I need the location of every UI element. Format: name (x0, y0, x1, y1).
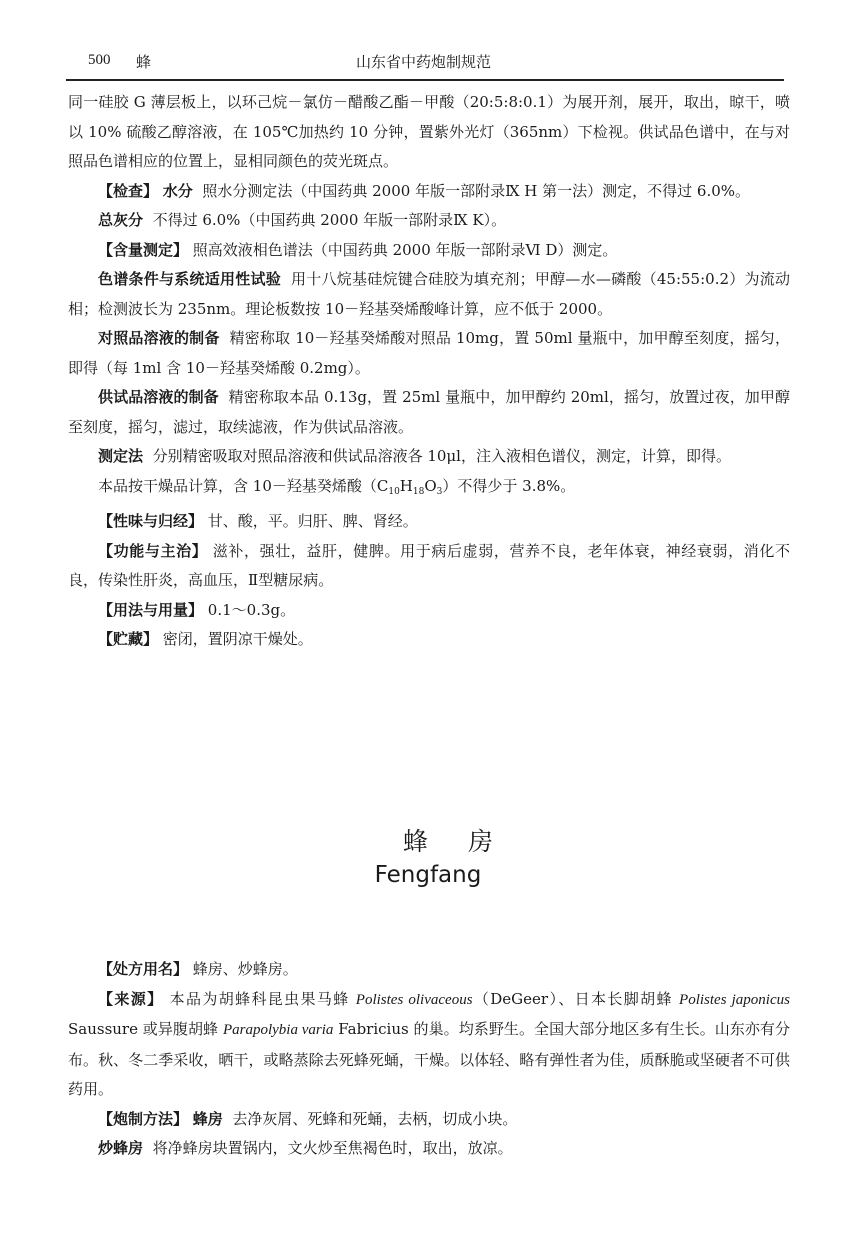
label-test: 供试品溶液的制备 (98, 388, 219, 406)
entry-body: 【处方用名】 蜂房、炒蜂房。 【来源】 本品为胡蜂科昆虫果马蜂 Polistes… (68, 955, 790, 1164)
text-nature: 甘、酸，平。归肝、脾、肾经。 (208, 512, 418, 530)
label-ash: 总灰分 (98, 211, 143, 229)
paragraph-tlc: 同一硅胶 G 薄层板上，以环己烷－氯仿－醋酸乙酯－甲酸（20:5:8:0.1）为… (68, 88, 790, 177)
text-storage: 密闭，置阴凉干燥处。 (163, 630, 313, 648)
paragraph-chromatography: 色谱条件与系统适用性试验 用十八烷基硅烷键合硅胶为填充剂；甲醇—水—磷酸（45:… (68, 265, 790, 324)
paragraph-test-solution: 供试品溶液的制备 精密称取本品 0.13g，置 25ml 量瓶中，加甲醇约 20… (68, 383, 790, 442)
label-assay: 【含量测定】 (98, 241, 188, 259)
paragraph-content: 本品按干燥品计算，含 10－羟基癸烯酸（C10H18O3）不得少于 3.8%。 (68, 472, 790, 508)
text-usage: 0.1～0.3g。 (208, 601, 295, 619)
text-ash: 不得过 6.0%（中国药典 2000 年版一部附录Ⅸ K）。 (153, 211, 507, 229)
paragraph-check: 【检查】 水分 照水分测定法（中国药典 2000 年版一部附录Ⅸ H 第一法）测… (68, 177, 790, 207)
label-processing: 【炮制方法】 (98, 1110, 188, 1128)
label-fried: 炒蜂房 (98, 1139, 143, 1157)
section-body: 同一硅胶 G 薄层板上，以环己烷－氯仿－醋酸乙酯－甲酸（20:5:8:0.1）为… (68, 88, 790, 655)
paragraph-assay: 【含量测定】 照高效液相色谱法（中国药典 2000 年版一部附录Ⅵ D）测定。 (68, 236, 790, 266)
label-function: 【功能与主治】 (98, 542, 207, 560)
latin-name: Parapolybia varia (223, 1022, 333, 1038)
page-header: 500 蜂 山东省中药炮制规范 (86, 48, 786, 78)
paragraph-method: 测定法 分别精密吸取对照品溶液和供试品溶液各 10μl，注入液相色谱仪，测定，计… (68, 442, 790, 472)
latin-name: Polistes japonicus (679, 992, 790, 1008)
text-names: 蜂房、炒蜂房。 (193, 960, 298, 978)
text-water: 照水分测定法（中国药典 2000 年版一部附录Ⅸ H 第一法）测定，不得过 6.… (202, 182, 750, 200)
paragraph-processing: 【炮制方法】 蜂房 去净灰屑、死蜂和死蛹，去柄，切成小块。 (68, 1105, 790, 1135)
paragraph-source: 【来源】 本品为胡蜂科昆虫果马蜂 Polistes olivaceous（DeG… (68, 985, 790, 1105)
text-assay: 照高效液相色谱法（中国药典 2000 年版一部附录Ⅵ D）测定。 (193, 241, 618, 259)
entry-title-pinyin: Fengfang (0, 862, 856, 888)
paragraph-names: 【处方用名】 蜂房、炒蜂房。 (68, 955, 790, 985)
text-method: 分别精密吸取对照品溶液和供试品溶液各 10μl，注入液相色谱仪，测定，计算，即得… (153, 447, 731, 465)
label-names: 【处方用名】 (98, 960, 188, 978)
paragraph-nature: 【性味与归经】 甘、酸，平。归肝、脾、肾经。 (68, 507, 790, 537)
running-head-title: 山东省中药炮制规范 (356, 51, 491, 72)
paragraph-storage: 【贮藏】 密闭，置阴凉干燥处。 (68, 625, 790, 655)
label-fengfang: 蜂房 (193, 1110, 223, 1128)
label-usage: 【用法与用量】 (98, 601, 203, 619)
paragraph-ash: 总灰分 不得过 6.0%（中国药典 2000 年版一部附录Ⅸ K）。 (68, 206, 790, 236)
label-nature: 【性味与归经】 (98, 512, 203, 530)
label-method: 测定法 (98, 447, 143, 465)
paragraph-function: 【功能与主治】 滋补，强壮，益肝，健脾。用于病后虚弱，营养不良，老年体衰，神经衰… (68, 537, 790, 596)
latin-name: Polistes olivaceous (356, 992, 473, 1008)
entry-title-chinese: 蜂房 (0, 822, 856, 858)
label-water: 水分 (163, 182, 193, 200)
header-rule (66, 79, 784, 81)
label-ref: 对照品溶液的制备 (98, 329, 220, 347)
label-chrom: 色谱条件与系统适用性试验 (98, 270, 281, 288)
paragraph-fried: 炒蜂房 将净蜂房块置锅内，文火炒至焦褐色时，取出，放凉。 (68, 1134, 790, 1164)
label-storage: 【贮藏】 (98, 630, 158, 648)
label-check: 【检查】 (98, 182, 158, 200)
page-number: 500 (88, 52, 111, 69)
paragraph-reference: 对照品溶液的制备 精密称取 10－羟基癸烯酸对照品 10mg，置 50ml 量瓶… (68, 324, 790, 383)
paragraph-usage: 【用法与用量】 0.1～0.3g。 (68, 596, 790, 626)
running-head-char: 蜂 (136, 51, 151, 72)
label-source: 【来源】 (98, 990, 163, 1008)
